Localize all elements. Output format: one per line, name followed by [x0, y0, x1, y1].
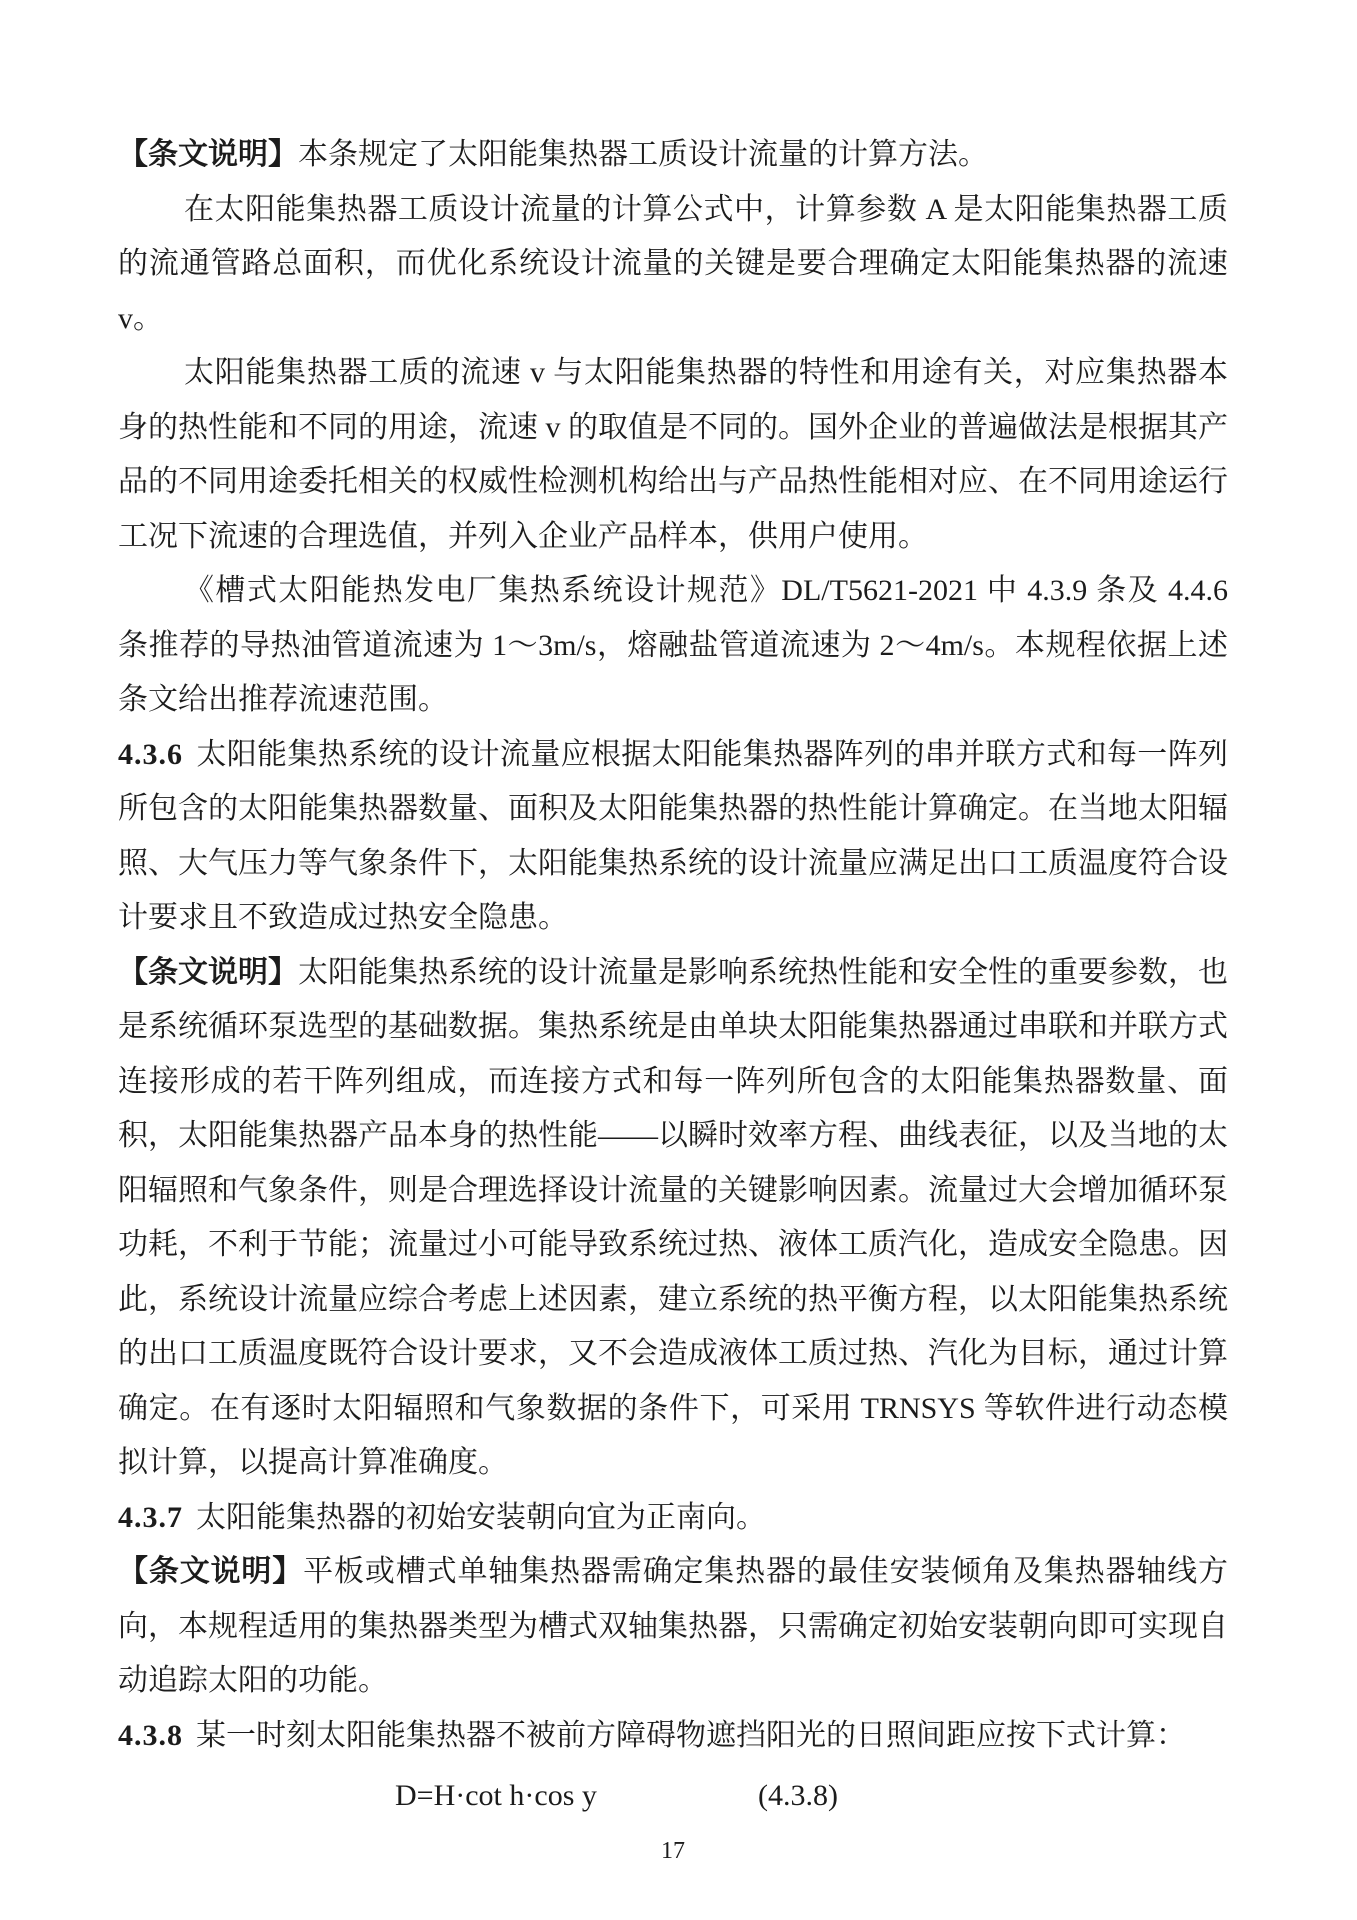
paragraph-text: 太阳能集热器的初始安装朝向宜为正南向。 — [196, 1501, 766, 1534]
clause-number: 4.3.7 — [118, 1501, 183, 1534]
clause-number: 4.3.6 — [118, 738, 183, 771]
clause-paragraph-436: 4.3.6太阳能集热系统的设计流量应根据太阳能集热器阵列的串并联方式和每一阵列所… — [118, 728, 1228, 946]
commentary-paragraph-1: 【条文说明】本条规定了太阳能集热器工质设计流量的计算方法。 — [118, 128, 1228, 183]
body-paragraph-3: 《槽式太阳能热发电厂集热系统设计规范》DL/T5621-2021 中 4.3.9… — [118, 564, 1228, 728]
paragraph-text: 太阳能集热器工质的流速 v 与太阳能集热器的特性和用途有关，对应集热器本身的热性… — [118, 356, 1228, 553]
paragraph-text: 某一时刻太阳能集热器不被前方障碍物遮挡阳光的日照间距应按下式计算： — [196, 1719, 1186, 1752]
body-paragraph-2: 太阳能集热器工质的流速 v 与太阳能集热器的特性和用途有关，对应集热器本身的热性… — [118, 346, 1228, 564]
commentary-label: 【条文说明】 — [118, 956, 298, 989]
paragraph-text: 在太阳能集热器工质设计流量的计算公式中，计算参数 A 是太阳能集热器工质的流通管… — [118, 193, 1228, 335]
paragraph-text: 太阳能集热系统的设计流量是影响系统热性能和安全性的重要参数，也是系统循环泵选型的… — [118, 956, 1228, 1480]
commentary-label: 【条文说明】 — [118, 138, 298, 171]
document-page: 【条文说明】本条规定了太阳能集热器工质设计流量的计算方法。 在太阳能集热器工质设… — [0, 0, 1357, 1920]
commentary-paragraph-2: 【条文说明】太阳能集热系统的设计流量是影响系统热性能和安全性的重要参数，也是系统… — [118, 946, 1228, 1491]
formula-equation-number: (4.3.8) — [758, 1769, 838, 1824]
page-content: 【条文说明】本条规定了太阳能集热器工质设计流量的计算方法。 在太阳能集热器工质设… — [0, 0, 1357, 1866]
commentary-label: 【条文说明】 — [118, 1555, 303, 1588]
page-number: 17 — [118, 1836, 1228, 1866]
formula-line: D=H·cot h·cos y (4.3.8) — [118, 1769, 1228, 1824]
commentary-paragraph-3: 【条文说明】平板或槽式单轴集热器需确定集热器的最佳安装倾角及集热器轴线方向，本规… — [118, 1545, 1228, 1709]
clause-number: 4.3.8 — [118, 1719, 183, 1752]
paragraph-text: 本条规定了太阳能集热器工质设计流量的计算方法。 — [298, 138, 988, 171]
clause-paragraph-437: 4.3.7太阳能集热器的初始安装朝向宜为正南向。 — [118, 1491, 1228, 1546]
formula-expression: D=H·cot h·cos y — [395, 1769, 597, 1824]
clause-paragraph-438: 4.3.8某一时刻太阳能集热器不被前方障碍物遮挡阳光的日照间距应按下式计算： — [118, 1709, 1228, 1764]
body-paragraph-1: 在太阳能集热器工质设计流量的计算公式中，计算参数 A 是太阳能集热器工质的流通管… — [118, 183, 1228, 347]
paragraph-text: 《槽式太阳能热发电厂集热系统设计规范》DL/T5621-2021 中 4.3.9… — [118, 574, 1228, 716]
paragraph-text: 太阳能集热系统的设计流量应根据太阳能集热器阵列的串并联方式和每一阵列所包含的太阳… — [118, 738, 1228, 935]
